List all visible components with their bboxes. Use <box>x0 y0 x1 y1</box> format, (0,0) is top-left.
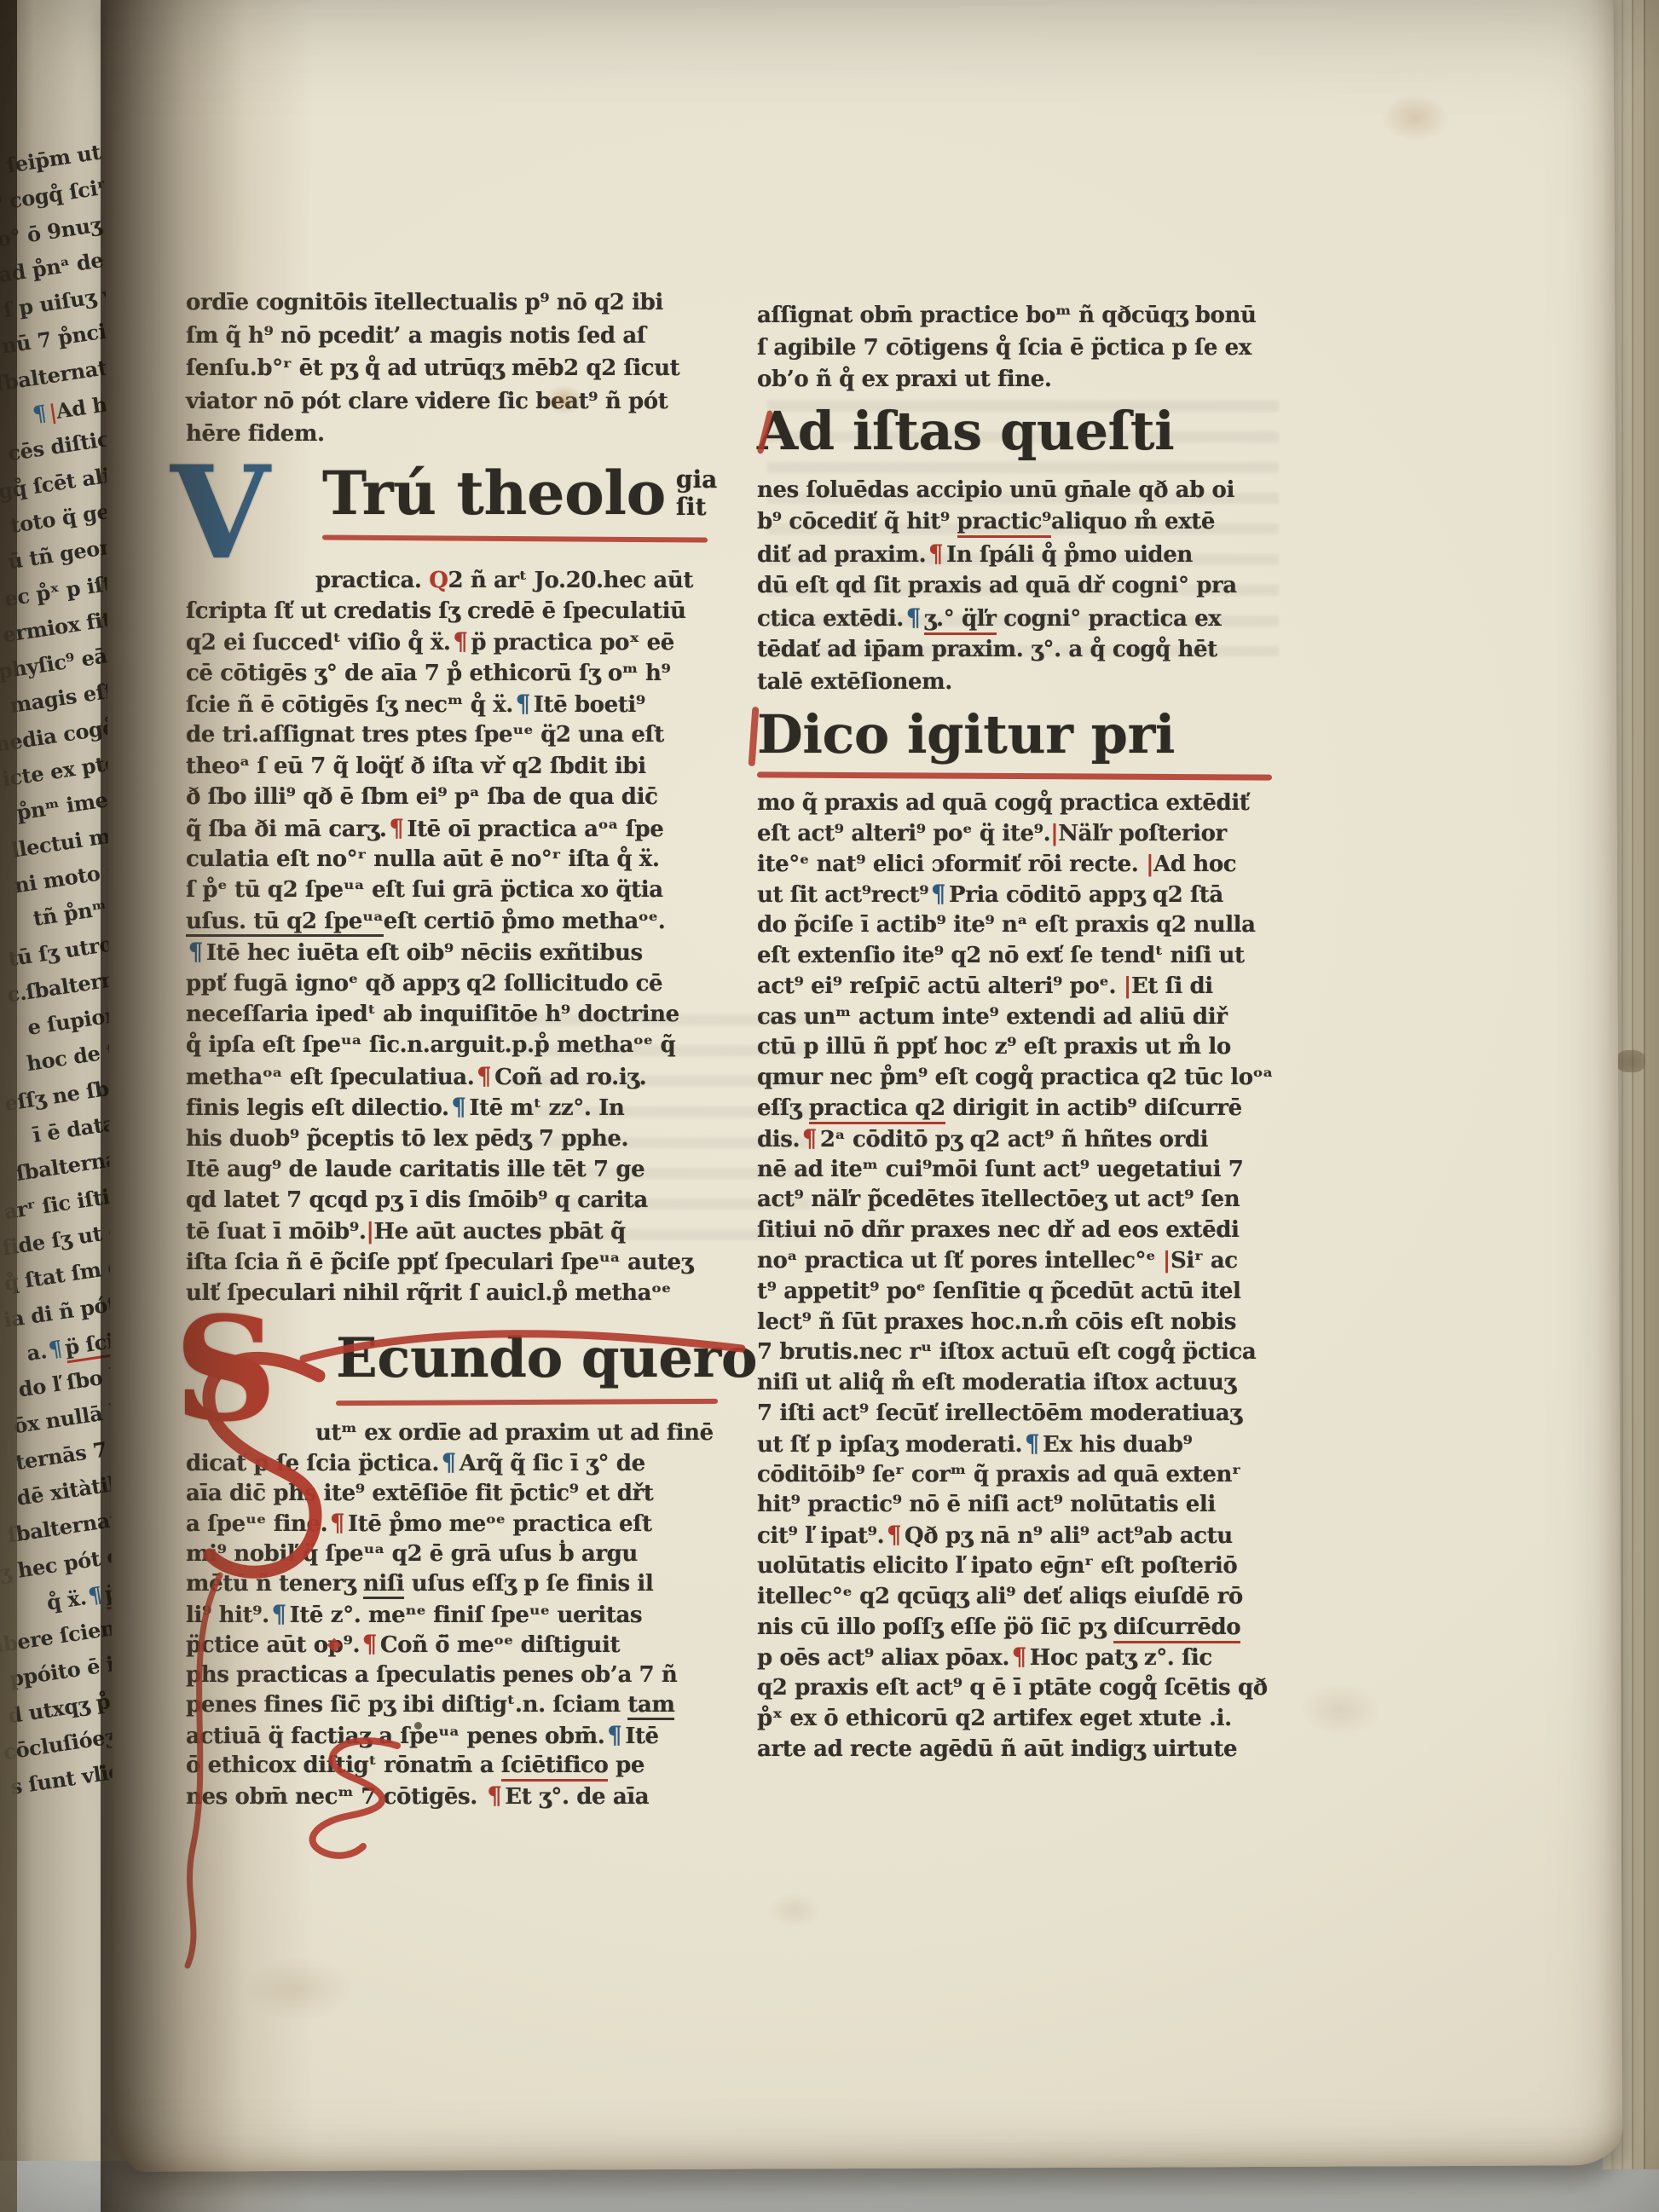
text-line: 7 iſti act⁹ ſecūť irellectōēm moderatiua… <box>757 1399 1287 1429</box>
text-line: li⁹ hit⁹.¶Itē z°. meⁿᵉ finiſ ſpeᵘᵉ uerit… <box>186 1600 714 1631</box>
text-line: nes obm̄ necᵐ 7 cōtigēs. ¶Et ʒ°. de aīa <box>186 1782 714 1812</box>
text-line: ut ſit act⁹rect⁹¶Pria cōditō appʒ q2 ſtā <box>757 880 1287 910</box>
text-line: 7 brutis.nec rᵘ iſtox actuū eſt cogq̊ p̈… <box>757 1337 1287 1368</box>
text-line: aſſignat obm̄ practice boᵐ ñ qðcūqʒ bonū <box>757 300 1287 332</box>
text-line: ordīe cognitōis ītellectualis p⁹ nō q2 i… <box>186 286 714 320</box>
text-line: q2 praxis eſt act⁹ q ē ī ptāte cogq̊ ſcē… <box>757 1673 1287 1704</box>
text-line: cas unᵐ actum inte⁹ extendi ad aliū diř <box>757 1002 1287 1033</box>
paragraph: mo q̃ praxis ad quā cogq̊ practica extēd… <box>757 788 1287 1765</box>
paragraph: practica. Q2 ñ arᵗ Jo.20.hec aūtſcripta … <box>186 565 714 1309</box>
text-line: qd latet 7 qcqd pʒ ī dis ſmōib⁹ q carita <box>186 1185 714 1216</box>
text-line: viator nō pót clare videre ſic beat⁹ ñ p… <box>186 385 714 419</box>
text-line: mo q̃ praxis ad quā cogq̊ practica extēd… <box>757 788 1287 819</box>
text-line: act⁹ näľr p̃cedētes ītellectōeʒ ut act⁹ … <box>757 1185 1287 1216</box>
text-line: hit⁹ practic⁹ nō ē niſi act⁹ nolūtatis e… <box>757 1490 1287 1521</box>
text-line: nes ſoluēdas accipio unū gn̄ale qð ab oi <box>757 475 1287 507</box>
text-line: theoᵃ ſ eū 7 q̃ loq̈ť ð iſta vř q2 ſbdit… <box>186 751 714 782</box>
text-line: do p̃ciſe ī actib⁹ ite⁹ nᵃ eſt praxis q2… <box>757 910 1287 941</box>
text-line: tēdať ad ip̄am praxim. ʒ°. a q̊ cogq̊ hē… <box>757 634 1287 667</box>
text-line: q̃ ſba ði mā carʒ.¶Itē oī practica aᵒᵃ ſ… <box>186 813 714 844</box>
text-line: uſus. tū q2 ſpeᵘᵃeſt certiō p̊mo methaᵒᵉ… <box>186 906 714 937</box>
text-line: his duob⁹ p̃ceptis tō lex pēdʒ 7 pphe. <box>186 1123 714 1154</box>
text-line: ob’o ñ q̊ ex praxi ut fine. <box>757 364 1287 396</box>
text-line: ð ſbo illi⁹ qð ē ſbm ei⁹ pᵃ ſba de qua d… <box>186 782 714 812</box>
text-line: act⁹ ei⁹ reſpic̄ actū alteri⁹ poᵉ. |Et ſ… <box>757 972 1287 1002</box>
text-line: arte ad recte agēdū ñ aūt indigʒ uirtute <box>757 1735 1287 1765</box>
heading-text: Trú theolo <box>322 458 666 528</box>
rubric-underline <box>757 771 1272 780</box>
text-line: talē extēſionem. <box>757 667 1287 699</box>
section-heading-ad-istas: Ad iſtas queſti <box>757 398 1287 475</box>
text-line: noᵃ practica ut ſť pores intellec°ᵉ |Siʳ… <box>757 1246 1287 1277</box>
text-line: aīa dic̄ phs ite⁹ extēſiōe fit p̄ctic⁹ e… <box>186 1479 714 1510</box>
text-line: uolūtatis elicito ľ ipato eḡnʳ eſt poſte… <box>757 1551 1287 1582</box>
text-line: b⁹ cōcediť q̃ hit⁹ practic⁹aliquo m̊ ext… <box>757 506 1287 539</box>
text-line: ſenſu.b°ʳ ēt pʒ q̊ ad utrūqʒ mēb2 q2 ſic… <box>186 352 714 385</box>
text-line: de tri.aſſignat tres ptes ſpeᵘᵉ q̈2 una … <box>186 719 714 750</box>
illuminated-initial-s: S <box>174 1297 277 1441</box>
chapter-heading-utrum-theologia: V Trú theologiaſit <box>186 454 714 563</box>
text-line: penes fines ſic̄ pʒ ibi diſtigᵗ.n. ſciam… <box>186 1690 714 1721</box>
text-line: ite°ᵉ nat⁹ elici ɔformiť rōi recte. |Ad … <box>757 850 1287 881</box>
text-line: ppť fugā ignoᵉ qð appʒ q2 ſollicitudo cē <box>186 968 714 999</box>
section-heading-dico-igitur: Dico igitur pri <box>757 702 1287 783</box>
text-line: ut ſť p ipſaʒ moderati.¶Ex his duab⁹ <box>757 1429 1287 1460</box>
paragraph: nes ſoluēdas accipio unū gn̄ale qð ab oi… <box>757 475 1287 699</box>
heading-text: Ecundo quero <box>336 1326 757 1390</box>
text-line: eſt act⁹ alteri⁹ poᵉ q̈ ite⁹.|Näľr poſte… <box>757 819 1287 850</box>
text-line: tē ſuat ī mōib⁹.|He aūt auctes pbāt q̃ <box>186 1216 714 1247</box>
text-line: methaᵒᵃ eſt ſpeculatiua.¶Coñ ad ro.iʒ. <box>186 1061 714 1092</box>
text-line: a ſpeᵘᵉ fine.¶Itē p̊mo meᵒᵉ practica eſt <box>186 1509 714 1539</box>
text-line: ctū p illū ñ ppť hoc z⁹ eſt praxis ut m̊… <box>757 1032 1287 1063</box>
text-line: cōditōib⁹ ſeʳ corᵐ q̃ praxis ad quā exte… <box>757 1460 1287 1491</box>
text-line: ctica extēdi.¶ʒ.° q̈ľr cogni° practica e… <box>757 603 1287 635</box>
text-line: ſitiui nō dñr praxes nec dř ad eos extēd… <box>757 1216 1287 1246</box>
text-line: mētū ñ tenerʒ niſi uſus eſſʒ p ſe finis … <box>186 1569 714 1600</box>
text-line: eſſʒ practica q2 dirigit in actib⁹ diſcu… <box>757 1094 1287 1124</box>
text-line: ſ p̊ᵉ tū q2 ſpeᵘᵃ eſt ſui grā p̈ctica xo… <box>186 875 714 905</box>
text-line: lect⁹ ñ ſūt praxes hoc.n.m̊ cōis eſt nob… <box>757 1308 1287 1338</box>
text-line: t⁹ appetit⁹ poᵉ ſenſitie q p̃cedūt actū … <box>757 1277 1287 1308</box>
heading-text: d iſtas queſti <box>798 400 1175 462</box>
text-line: p̊ˣ ex ō ethicorū q2 artifex eget xtute … <box>757 1704 1287 1735</box>
text-line: q2 ei ſuccedᵗ viſio q̊ ẍ.¶p̈ practica po… <box>186 627 714 657</box>
book-spine <box>0 0 17 2212</box>
text-line: mi⁹ nobiľ q̈ ſpeᵘᵃ q2 ē grā uſus ḃ argu <box>186 1539 714 1570</box>
text-line: p oēs act⁹ aliax pōax.¶Hoc patʒ z°. ſic <box>757 1643 1287 1673</box>
text-line: qmur nec p̊m⁹ eſt cogq̊ practica q2 tūc … <box>757 1063 1287 1094</box>
paragraph: aſſignat obm̄ practice boᵐ ñ qðcūqʒ bonū… <box>757 300 1287 396</box>
text-line: iſta ſcia ñ ē p̃ciſe ppť ſpeculari ſpeᵘᵃ… <box>186 1247 714 1278</box>
paragraph: utᵐ ex ordīe ad praxim ut ad finēdicať p… <box>186 1418 714 1812</box>
text-line: nis cū illo poſſʒ eſſe p̈ö ſic̄ pʒ diſcu… <box>757 1613 1287 1643</box>
text-line: q̊ ipſa eſt ſpeᵘᵃ ſic.n.arguit.p.p̊ meth… <box>186 1030 714 1060</box>
text-line: actiuā q̈ factiaʒ a ſpeᵘᵃ penes obm̄.¶It… <box>186 1721 714 1752</box>
text-line: ſcie ñ ē cōtigēs ſʒ necᵐ q̊ ẍ.¶Itē boeti… <box>186 689 714 719</box>
text-column-right: aſſignat obm̄ practice boᵐ ñ qðcūqʒ bonū… <box>757 300 1287 1765</box>
paper-speck <box>414 1722 422 1730</box>
illuminated-initial-v: V <box>171 449 269 577</box>
text-line: ō ethicox diſtigᵗ rōnatm̄ a ſciētifico p… <box>186 1751 714 1782</box>
paragraph: ordīe cognitōis ītellectualis p⁹ nō q2 i… <box>186 286 714 451</box>
text-line: cit⁹ ľ ipat⁹.¶Qð pʒ nā n⁹ ali⁹ act⁹ab ac… <box>757 1521 1287 1551</box>
text-line: dū eſt qd ſit praxis ad quā dř cogni° pr… <box>757 570 1287 603</box>
text-line: ¶Itē hec iuēta eſt oib⁹ nēciis exñtibus <box>186 937 714 967</box>
rubric-underline <box>336 1399 718 1406</box>
text-line: ſcripta ſť ut credatis ſʒ credē ē ſpecul… <box>186 596 714 627</box>
fore-edge-mark <box>1616 1050 1645 1072</box>
text-line: phs practicas a ſpeculatis penes ob’a 7 … <box>186 1660 714 1691</box>
text-line: Itē aug⁹ de laude caritatis ille tēt 7 g… <box>186 1154 714 1185</box>
text-line: dis.¶2ᵃ cōditō pʒ q2 act⁹ ñ hñtes ordi <box>757 1124 1287 1155</box>
heading-side-text: giaſit <box>676 466 717 521</box>
text-line: finis legis eſt dilectio.¶Itē mᵗ zz°. In <box>186 1092 714 1123</box>
text-line: cē cōtigēs ʒ° de aīa 7 p̊ ethicorū ſʒ oᵐ… <box>186 658 714 689</box>
text-line: niſi ut aliq̊ m̊ eſt moderatia iſtox act… <box>757 1368 1287 1399</box>
text-line: neceſſaria ipedᵗ ab inquiſitōe h⁹ doctri… <box>186 999 714 1030</box>
initial-d: D <box>757 703 802 765</box>
text-column-left: ordīe cognitōis ītellectualis p⁹ nō q2 i… <box>186 286 714 1811</box>
rubricator-flourish <box>288 1729 433 1865</box>
text-line: ſm q̃ h⁹ nō pcedit’ a magis notis ſed aſ <box>186 320 714 353</box>
text-line: culatia eſt no°ʳ nulla aūt ē no°ʳ iſta q… <box>186 844 714 875</box>
text-line: eſt extenſio ite⁹ q2 nō exť ſe tendᵗ niſ… <box>757 941 1287 972</box>
text-line: diť ad praxim.¶In ſpáli q̊ p̊mo uiden <box>757 539 1287 571</box>
rubric-underline <box>322 534 708 542</box>
book-photo: ſeip̄m ut perfeti⁹ cogq̊ ſciʳ ī xboeſo° … <box>0 0 1659 2212</box>
chapter-heading-secundo-quero: S Ecundo quero <box>186 1323 714 1418</box>
text-line: ſ agibile 7 cōtigens q̊ ſcia ē p̈ctica p… <box>757 332 1287 365</box>
text-line: p̈ctice aūt op⁹.¶Coñ ō̈ meᵒᵉ diſtiguit <box>186 1630 714 1660</box>
heading-text: ico igitur pri <box>802 703 1175 765</box>
text-line: nē ad iteᵐ cui⁹mōi ſunt act⁹ uegetatiui … <box>757 1155 1287 1186</box>
text-line: itellec°ᵉ q2 qcūqʒ ali⁹ deť aliqs eiuſdē… <box>757 1582 1287 1613</box>
